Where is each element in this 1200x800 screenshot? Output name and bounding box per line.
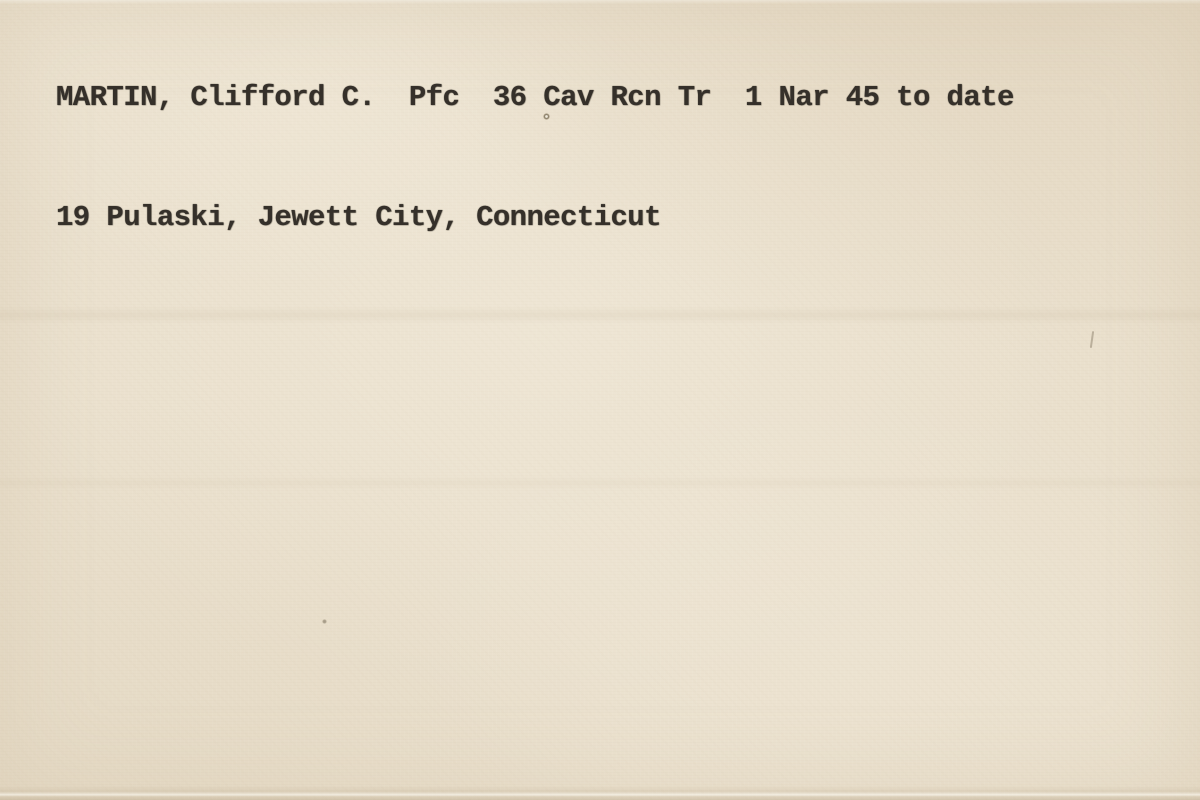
- card-bottom-edge-shadow: [0, 786, 1200, 800]
- paper-speck: [322, 619, 327, 624]
- typed-text-block: MARTIN, Clifford C. Pfc 36 Cav Rcn Tr 1 …: [56, 0, 1014, 318]
- typed-line-service-record: MARTIN, Clifford C. Pfc 36 Cav Rcn Tr 1 …: [56, 78, 1014, 118]
- scanned-index-card: MARTIN, Clifford C. Pfc 36 Cav Rcn Tr 1 …: [0, 0, 1200, 800]
- typed-line-address: 19 Pulaski, Jewett City, Connecticut: [56, 198, 1014, 238]
- paper-speck: [543, 113, 550, 120]
